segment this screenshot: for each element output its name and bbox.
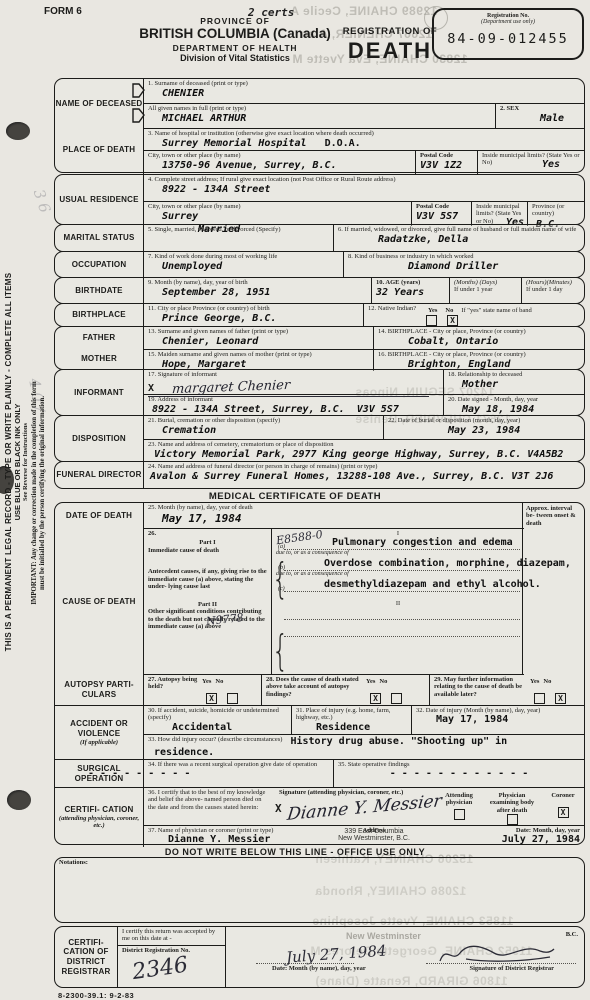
- attending-physician-label: Attending physician: [440, 792, 478, 807]
- residence-city-value: Surrey: [162, 211, 407, 222]
- section-district-registrar: CERTIFI- CATION OF DISTRICT REGISTRAR: [55, 927, 117, 987]
- coroner-label: Coroner: [546, 792, 580, 799]
- section-mother: MOTHER: [55, 348, 143, 369]
- physician-signature-x: X: [275, 802, 282, 815]
- death-city-label: City, town or other place (by name): [148, 152, 411, 159]
- q29-yes-checkbox: [534, 693, 545, 704]
- q28-yes-checkbox: X: [370, 693, 381, 704]
- province-name: BRITISH COLUMBIA (Canada): [120, 26, 350, 41]
- b-prefix: (b): [278, 565, 285, 571]
- funeral-director-label: 24. Name and address of funeral director…: [148, 463, 580, 470]
- address-stamp-line1: 339 East Columbia: [299, 828, 449, 835]
- cemetery-value: Victory Memorial Park, 2977 King george …: [154, 449, 580, 460]
- native-indian-label: 12. Native Indian?: [368, 305, 420, 312]
- section-cause-of-death: CAUSE OF DEATH: [55, 529, 143, 675]
- section-date-of-death: DATE OF DEATH: [55, 503, 143, 529]
- spouse-label: 6. If married, widowed, or divorced, giv…: [338, 226, 580, 233]
- birthdate-box: BIRTHDATE 9. Month (by name), day, year …: [54, 277, 585, 304]
- section-disposition: DISPOSITION: [55, 416, 143, 461]
- disposition-box: DISPOSITION 21. Burial, cremation or oth…: [54, 415, 585, 462]
- occupation-box: OCCUPATION 7. Kind of work done during m…: [54, 251, 585, 278]
- native-yes-checkbox: [426, 315, 437, 326]
- certification-date-label: Date: Month, day, year: [457, 827, 580, 834]
- hours-minutes-label: (Hours)(Minutes): [526, 279, 580, 286]
- native-no-label: No: [445, 307, 453, 314]
- margin-line3: See Reverse for Instructions: [22, 162, 29, 762]
- cemetery-label: 23. Name and address of cemetery, cremat…: [148, 441, 580, 448]
- sex-value: Male: [540, 113, 580, 124]
- medical-certificate-box: Approx. interval be- tween onset & death…: [54, 502, 585, 845]
- informant-address-label: 19. Address of informant: [148, 396, 439, 403]
- section-marital-status: MARITAL STATUS: [55, 225, 143, 251]
- accident-kind-value: Accidental: [172, 722, 287, 733]
- registrar-place-stamp: New Westminster: [346, 931, 421, 941]
- relationship-value: Mother: [462, 379, 580, 390]
- residence-postal-value: V3V 5S7: [416, 211, 467, 222]
- section-usual-residence: USUAL RESIDENCE: [55, 175, 143, 224]
- mother-birthplace-label: 16. BIRTHPLACE - City or place, Province…: [378, 351, 580, 358]
- injury-place-value: Residence: [316, 722, 407, 733]
- medical-certificate-title: MEDICAL CERTIFICATE OF DEATH: [0, 491, 590, 502]
- death-postal-label: Postal Code: [420, 152, 473, 159]
- do-not-write-line: DO NOT WRITE BELOW THIS LINE - OFFICE US…: [0, 847, 590, 857]
- accident-section-label: ACCIDENT OR VIOLENCE: [55, 719, 143, 738]
- age-value: 32 Years: [376, 287, 445, 298]
- surgical-date-label: 34. If there was a recent surgical opera…: [148, 761, 329, 768]
- registration-number-box: Registration No. (Department use only) 8…: [432, 8, 584, 60]
- registrar-signature-label: Signature of District Registrar: [469, 965, 554, 972]
- section-informant: INFORMANT: [55, 370, 143, 415]
- disposition-date-label: 22. Date of burial or disposition (month…: [388, 417, 580, 424]
- given-names-label: All given names in full (print or type): [148, 105, 491, 112]
- q28-no: No: [379, 678, 387, 685]
- district-registrar-box: CERTIFI- CATION OF DISTRICT REGISTRAR I …: [54, 926, 585, 988]
- death-certificate-form: 12989 CHAINE, Cecile A 12667 CHENIER, Al…: [0, 0, 590, 1000]
- industry-label: 8. Kind of business or industry in which…: [348, 253, 580, 260]
- attending-checkbox: [454, 809, 465, 820]
- margin-line2: USE BLUE OR BLACK INK ONLY: [13, 162, 22, 762]
- hospital-name: Surrey Memorial Hospital: [162, 138, 307, 149]
- pointer-arrow-icon: [132, 83, 145, 98]
- injury-date-label: 32. Date of injury (Month (by name), day…: [416, 707, 580, 714]
- birthplace-box: BIRTHPLACE 11. City or place Province (o…: [54, 303, 585, 327]
- section-birthplace: BIRTHPLACE: [55, 304, 143, 326]
- informant-address: 8922 - 134A Street, Surrey, B.C.: [152, 404, 345, 415]
- section-accident-violence: ACCIDENT OR VIOLENCE (If applicable): [55, 706, 143, 759]
- form-code: 8-2300-39.1: 9-2-83: [58, 991, 134, 1000]
- section-funeral-director: FUNERAL DIRECTOR: [55, 462, 143, 488]
- part1-label: Part I: [148, 539, 267, 546]
- name-place-box: NAME OF DECEASED PLACE OF DEATH 1. Surna…: [54, 78, 585, 173]
- disposition-kind-label: 21. Burial, cremation or other dispositi…: [148, 417, 379, 424]
- given-names-value: MICHAEL ARTHUR: [162, 113, 491, 124]
- certification-section-label: CERTIFI- CATION: [55, 805, 143, 815]
- cause-a-value: Pulmonary congestion and edema: [332, 537, 513, 548]
- birthdate-value: September 28, 1951: [162, 287, 367, 298]
- residence-street-label: 4. Complete street address; If rural giv…: [148, 176, 580, 183]
- hours-minutes-sub: If under 1 day: [526, 286, 580, 293]
- antecedent-label: Antecedent causes, if any, giving rise t…: [148, 568, 267, 590]
- father-birthplace-value: Cobalt, Ontario: [408, 336, 580, 347]
- band-label: If "yes" state name of band: [461, 307, 531, 314]
- examining-physician-label: Physician examining body after death: [486, 792, 538, 814]
- date-of-death-label: 25. Month (by name), day, year of death: [148, 504, 520, 511]
- surgical-date-value: - - - - - - - - -: [88, 768, 329, 779]
- informant-signature-label: 17. Signature of informant: [148, 371, 439, 378]
- registration-number: 84-09-012455: [434, 31, 582, 47]
- certification-date-value: July 27, 1984: [457, 834, 580, 845]
- cause-b-value: Overdose combination, morphine, diazepam…: [324, 558, 571, 569]
- funeral-director-value: Avalon & Surrey Funeral Homes, 13288-108…: [150, 471, 580, 482]
- province-of: PROVINCE OF: [120, 16, 350, 26]
- date-signed-label: 20. Date signed - Month, day, year: [448, 396, 580, 403]
- operative-findings-label: 35. State operative findings: [338, 761, 580, 768]
- coroner-checkbox: X: [558, 807, 569, 818]
- disposition-kind-value: Cremation: [162, 425, 379, 436]
- parents-box: FATHER MOTHER 13. Surname and given name…: [54, 326, 585, 370]
- how-injury-line1: History drug abuse. "Shooting up" in: [290, 736, 507, 747]
- birthplace-value: Prince George, B.C.: [162, 313, 359, 324]
- residence-postal-label: Postal Code: [416, 203, 467, 210]
- native-yes-label: Yes: [428, 307, 437, 314]
- q29-yes: Yes: [530, 678, 539, 685]
- death-city-value: 13750-96 Avenue, Surrey, B.C.: [162, 160, 411, 171]
- birthdate-label: 9. Month (by name), day, year of birth: [148, 279, 367, 286]
- pencil-mark: 3 6: [30, 187, 54, 215]
- months-days-sub: If under 1 year: [454, 286, 517, 293]
- notations-label: Notations:: [59, 859, 580, 866]
- work-value: Unemployed: [162, 261, 339, 272]
- c-prefix: (c): [278, 586, 285, 592]
- section-place-of-death: PLACE OF DEATH: [55, 128, 143, 172]
- q27-no-checkbox: [227, 693, 238, 704]
- q28-yes: Yes: [366, 678, 375, 685]
- immediate-cause-label: Immediate cause of death: [148, 547, 267, 554]
- q28-label: 28. Does the cause of death stated above…: [266, 676, 362, 698]
- registrar-bc-label: B.C.: [566, 931, 578, 938]
- relationship-label: 18. Relationship to deceased: [448, 371, 580, 378]
- sex-label: 2. SEX: [500, 105, 580, 112]
- province-header: PROVINCE OF BRITISH COLUMBIA (Canada) DE…: [120, 16, 350, 63]
- informant-box: INFORMANT 17. Signature of informant X m…: [54, 369, 585, 416]
- age-label: 10. AGE (years): [376, 279, 445, 286]
- part2-label: Part II: [148, 601, 267, 608]
- how-injury-label: 33. How did injury occur? (describe circ…: [148, 736, 282, 743]
- informant-signature-x: X: [148, 383, 154, 394]
- q27-no: No: [215, 678, 223, 685]
- margin-line1: THIS IS A PERMANENT LEGAL RECORD - TYPE …: [4, 162, 13, 762]
- marital-box: MARITAL STATUS 5. Single, married, widow…: [54, 224, 585, 252]
- informant-postal: V3V 5S7: [357, 404, 399, 415]
- section-occupation: OCCUPATION: [55, 252, 143, 277]
- father-birthplace-label: 14. BIRTHPLACE - City or place, Province…: [378, 328, 580, 335]
- q28-no-checkbox: [391, 693, 402, 704]
- spouse-value: Radatzke, Della: [378, 234, 580, 245]
- certification-section-sub: (attending physician, coroner, etc.): [55, 815, 143, 829]
- registrar-certify-text: I certify this return was accepted by me…: [122, 928, 221, 943]
- informant-address-value: 8922 - 134A Street, Surrey, B.C. V3V 5S7: [152, 404, 439, 415]
- residence-street-value: 8922 - 134A Street: [162, 184, 580, 195]
- hole-punch: [7, 790, 31, 810]
- margin-instructions: THIS IS A PERMANENT LEGAL RECORD - TYPE …: [4, 162, 29, 762]
- date-of-death-value: May 17, 1984: [162, 512, 520, 525]
- birthplace-label: 11. City or place Province (or country) …: [148, 305, 359, 312]
- operative-findings-value: - - - - - - - - - - - -: [338, 768, 580, 779]
- disposition-date-value: May 23, 1984: [448, 425, 580, 436]
- section-autopsy: AUTOPSY PARTI- CULARS: [55, 675, 143, 705]
- pointer-arrow-icon: [132, 108, 145, 123]
- department: DEPARTMENT OF HEALTH: [120, 43, 350, 53]
- residence-box: USUAL RESIDENCE 4. Complete street addre…: [54, 174, 585, 225]
- a-prefix: (a): [278, 544, 285, 550]
- division: Division of Vital Statistics: [120, 53, 350, 63]
- surname-value: CHENIER: [162, 88, 580, 99]
- father-name-value: Chenier, Leonard: [162, 336, 369, 347]
- injury-date-value: May 17, 1984: [436, 714, 580, 725]
- hole-punch: [6, 122, 30, 140]
- death-limits-value: Yes: [542, 159, 580, 170]
- section-labels-parents: FATHER MOTHER: [55, 327, 143, 369]
- certify-statement: 36. I certify that to the best of my kno…: [148, 789, 271, 811]
- section-name-of-deceased: NAME OF DECEASED: [55, 79, 143, 128]
- hospital-value: Surrey Memorial Hospital D.O.A.: [162, 138, 580, 149]
- approx-interval-label: Approx. interval be- tween onset & death: [526, 505, 581, 527]
- accident-kind-label: 30. If accident, suicide, homicide or un…: [148, 707, 287, 722]
- cause-c-value: desmethyldiazepam and ethyl alcohol.: [324, 579, 541, 590]
- q29-no-checkbox: X: [555, 693, 566, 704]
- form-number: FORM 6: [44, 6, 82, 17]
- hospital-label: 3. Name of hospital or institution (othe…: [148, 130, 580, 137]
- industry-value: Diamond Driller: [408, 261, 580, 272]
- roman-two: II: [276, 600, 520, 607]
- native-no-checkbox: X: [447, 315, 458, 326]
- injury-place-label: 31. Place of injury (e.g. home, farm, hi…: [296, 707, 407, 722]
- section-father: FATHER: [55, 327, 143, 348]
- notations-box: Notations:: [54, 857, 585, 923]
- cause-num: 26.: [148, 530, 267, 537]
- q29-label: 29. May further information relating to …: [434, 676, 526, 698]
- section-certification: CERTIFI- CATION (attending physician, co…: [55, 788, 143, 846]
- reg-no-sublabel: (Department use only): [434, 19, 582, 25]
- examining-checkbox: [507, 814, 518, 825]
- months-days-label: (Months) (Days): [454, 279, 517, 286]
- registrar-date-label: Date: Month (by name), day, year: [272, 965, 366, 972]
- father-name-label: 13. Surname and given names of father (p…: [148, 328, 369, 335]
- death-postal-value: V3V 1Z2: [420, 160, 473, 171]
- address-stamp-line2: New Westminster, B.C.: [299, 835, 449, 842]
- q27-yes: Yes: [202, 678, 211, 685]
- q29-no: No: [543, 678, 551, 685]
- q27-yes-checkbox: X: [206, 693, 217, 704]
- how-injury-line2: residence.: [154, 747, 580, 758]
- section-birthdate: BIRTHDATE: [55, 278, 143, 303]
- residence-city-label: City, town or other place (by name): [148, 203, 407, 210]
- section-labels-name-place: NAME OF DECEASED PLACE OF DEATH: [55, 79, 143, 172]
- q27-label: 27. Autopsy being held?: [148, 676, 198, 691]
- funeral-director-box: FUNERAL DIRECTOR 24. Name and address of…: [54, 461, 585, 489]
- work-label: 7. Kind of work done during most of work…: [148, 253, 339, 260]
- surname-label: 1. Surname of deceased (print or type): [148, 80, 580, 87]
- doa-note: D.O.A.: [325, 138, 361, 149]
- accident-section-sub: (If applicable): [55, 739, 143, 746]
- residence-province-label: Province (or country): [532, 203, 580, 218]
- date-signed-value: May 18, 1984: [462, 404, 580, 415]
- physician-name-value: Dianne Y. Messier: [168, 834, 291, 845]
- mother-name-label: 15. Maiden surname and given names of mo…: [148, 351, 369, 358]
